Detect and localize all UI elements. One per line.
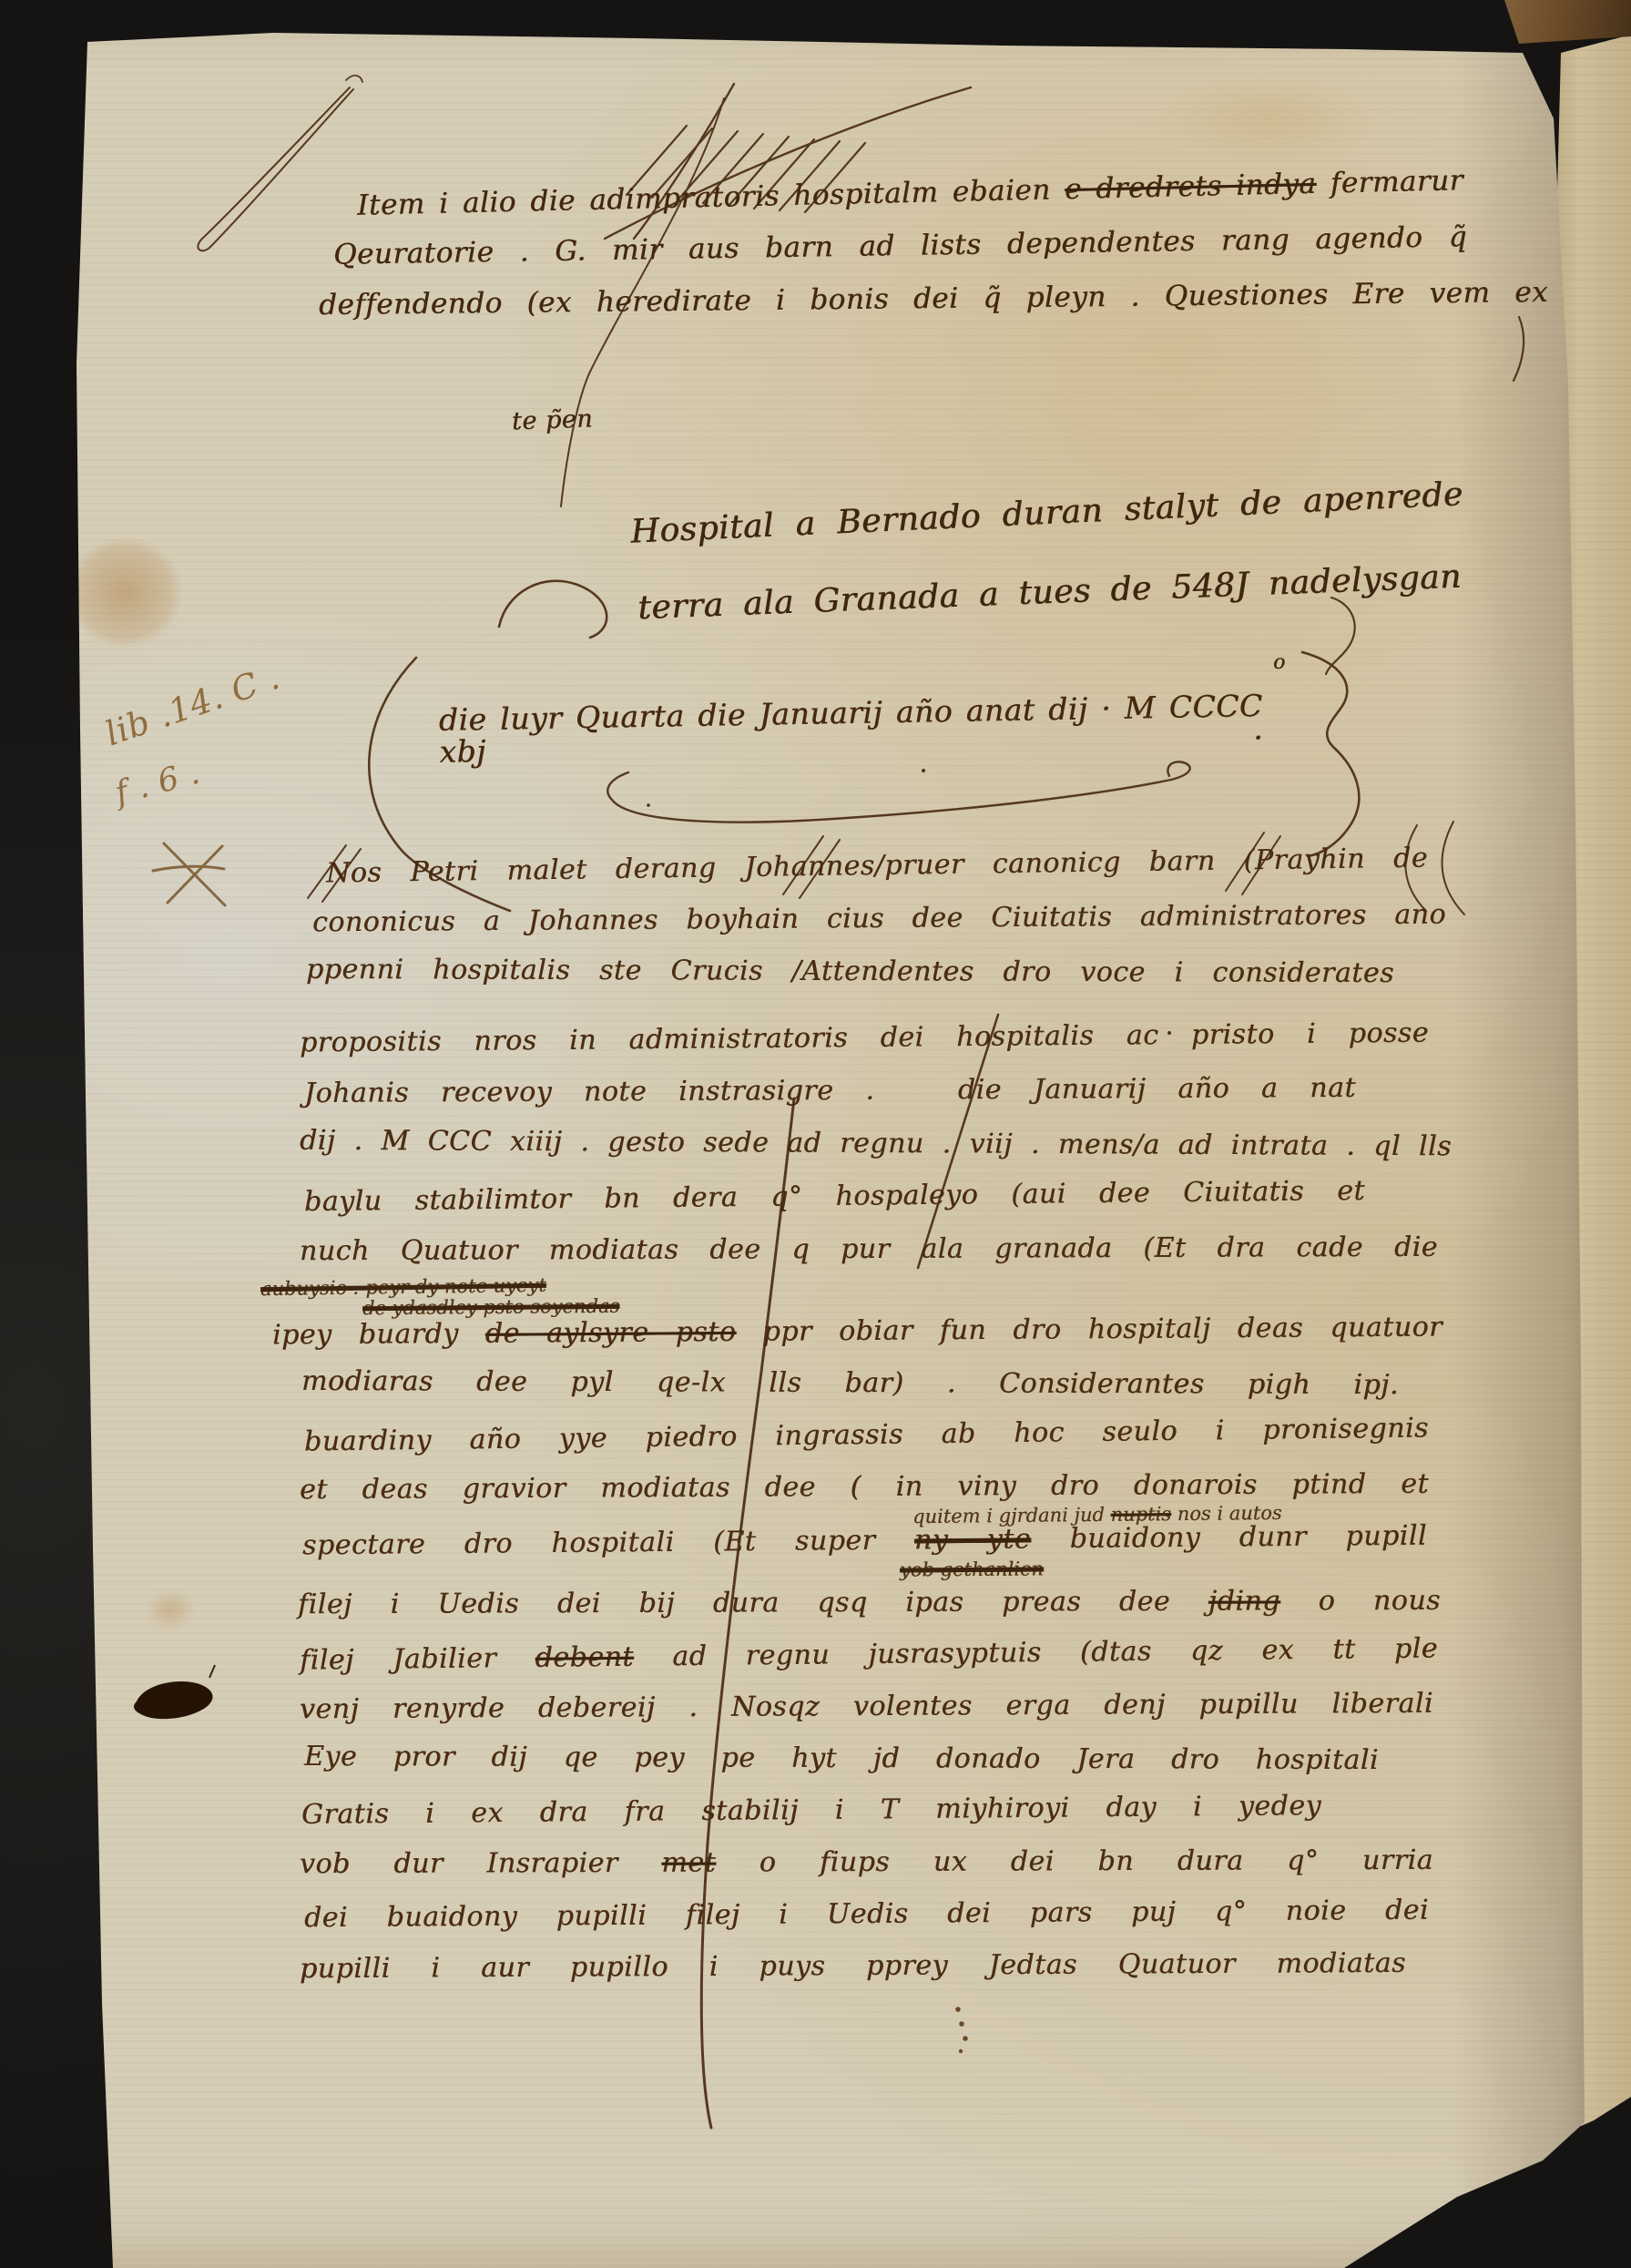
binding-board xyxy=(1503,0,1631,46)
line-text: vob dur Insrapier xyxy=(300,1847,661,1880)
line-text: pupilli i aur pupillo i puys pprey Jedta… xyxy=(300,1947,1406,1985)
main-text-line: pupilli i aur pupillo i puys pprey Jedta… xyxy=(300,1949,1406,1984)
line-text: filej i Uedis dei bij dura qsq ipas prea… xyxy=(298,1586,1208,1620)
line-text: et deas gravior modiatas dee ( in viny d… xyxy=(300,1468,1429,1506)
main-text-line: et deas gravior modiatas dee ( in viny d… xyxy=(300,1470,1429,1505)
line-text: ppenni hospitalis ste Crucis /Attendente… xyxy=(306,954,1394,989)
main-text-line: filej i Uedis dei bij dura qsq ipas prea… xyxy=(298,1587,1441,1619)
main-text-line: vob dur Insrapier met o fiups ux dei bn … xyxy=(300,1846,1433,1879)
struck-words: ny yte xyxy=(914,1523,1031,1556)
side-note-text: te p̃en xyxy=(511,404,593,435)
main-text-line: nuch Quatuor modiatas dee q pur ala gran… xyxy=(300,1233,1438,1266)
line-text: buaidony dunr pupill xyxy=(1031,1520,1427,1556)
manuscript-photo: Item i alio die adimpratoris hospitalm e… xyxy=(0,0,1631,2268)
side-note: te p̃en xyxy=(512,406,594,434)
date-superscript: o xyxy=(1273,652,1286,673)
date-line: die luyr Quarta die Januarij año anat di… xyxy=(438,690,1263,768)
struck-words: de aylsyre psto xyxy=(485,1316,737,1350)
date-superscript-text: o xyxy=(1273,651,1286,674)
line-text: ppr obiar fun dro hospitalj deas quatuor xyxy=(736,1312,1442,1348)
line-text: ipey buardy xyxy=(272,1318,485,1352)
main-text-line: dei buaidony pupilli filej i Uedis dei p… xyxy=(304,1896,1429,1933)
main-text-line: venj renyrde debereij . Nosqz volentes e… xyxy=(300,1690,1433,1724)
line-text: o fiups ux dei bn dura q° urria xyxy=(716,1844,1433,1879)
line-text: venj renyrde debereij . Nosqz volentes e… xyxy=(300,1688,1433,1726)
line-text: nuch Quatuor modiatas dee q pur ala gran… xyxy=(300,1231,1438,1267)
top-line1-post: fermarur xyxy=(1316,164,1463,200)
struck-words: debent xyxy=(535,1641,634,1674)
line-text: filej Jabilier xyxy=(300,1642,535,1677)
line-text: Johanis recevoy note instrasigre . die J… xyxy=(304,1072,1356,1109)
main-text-line: Johanis recevoy note instrasigre . die J… xyxy=(304,1074,1356,1108)
top-line1-struck-words: e dredrets indya xyxy=(1065,168,1317,206)
line-text: spectare dro hospitali (Et super xyxy=(302,1525,914,1562)
line-text: dij . M CCC xiiij . gesto sede ad regnu … xyxy=(300,1125,1452,1163)
struck-words: jding xyxy=(1208,1585,1280,1617)
interlinear-insertion-struck: yob gethanlien xyxy=(900,1558,1044,1579)
struck-words: met xyxy=(661,1847,716,1879)
main-text-line: cononicus a Johannes boyhain cius dee Ci… xyxy=(312,901,1446,937)
interlinear-insertion-struck: de ydasdley psto soyendas xyxy=(362,1296,619,1319)
main-text-line: ppenni hospitalis ste Crucis /Attendente… xyxy=(306,955,1394,988)
insertion-text: de ydasdley psto soyendas xyxy=(362,1295,619,1319)
line-text: Eye pror dij qe pey pe hyt jd donado Jer… xyxy=(304,1741,1379,1776)
main-text-line: modiaras dee pyl qe-lx lls bar) . Consid… xyxy=(301,1367,1399,1400)
main-text-line: dij . M CCC xiiij . gesto sede ad regnu … xyxy=(300,1127,1452,1161)
line-text: modiaras dee pyl qe-lx lls bar) . Consid… xyxy=(301,1365,1399,1401)
insertion-text: yob gethanlien xyxy=(900,1558,1044,1580)
line-text: o nous xyxy=(1280,1585,1441,1618)
main-text-line: Eye pror dij qe pey pe hyt jd donado Jer… xyxy=(304,1742,1379,1775)
date-line-text: die luyr Quarta die Januarij año anat di… xyxy=(438,688,1263,769)
